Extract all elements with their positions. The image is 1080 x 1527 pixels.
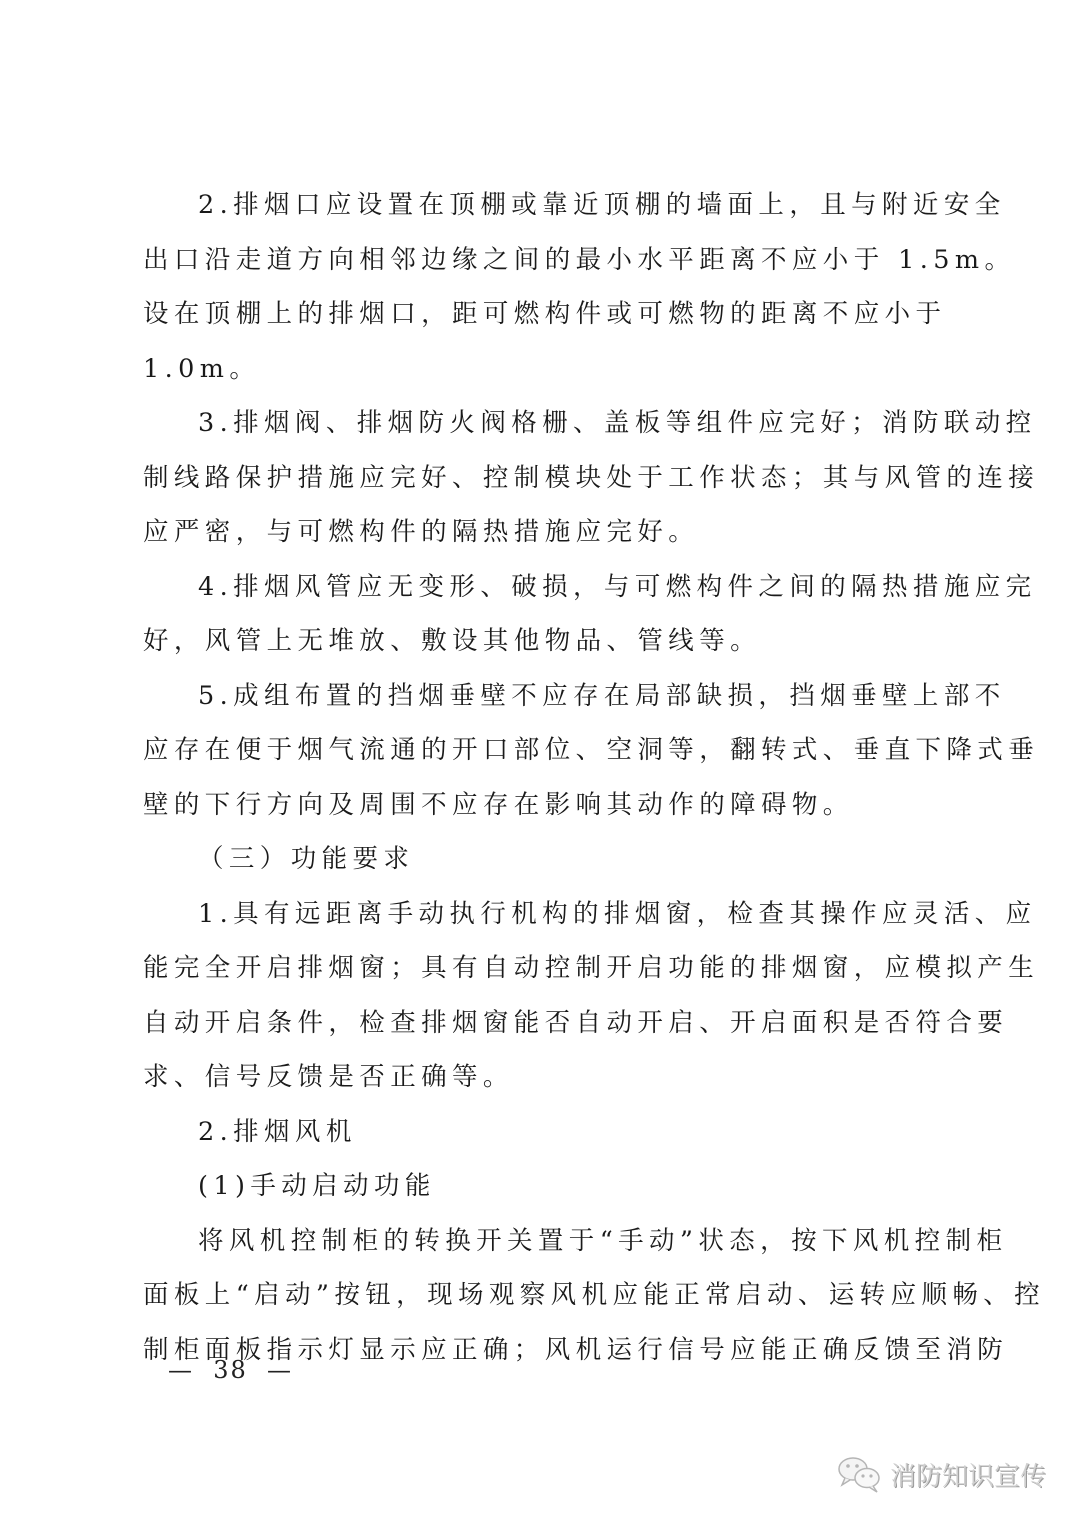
page-number: — 38 — <box>168 1356 293 1384</box>
document-body: 2.排烟口应设置在顶棚或靠近顶棚的墙面上，且与附近安全 出口沿走道方向相邻边缘之… <box>143 178 938 1377</box>
paragraph-line: 3.排烟阀、排烟防火阀格栅、盖板等组件应完好；消防联动控 <box>143 396 938 451</box>
paragraph-line: 壁的下行方向及周围不应存在影响其动作的障碍物。 <box>143 778 938 833</box>
watermark: 消防知识宣传 <box>836 1454 1046 1494</box>
paragraph-line: 能完全开启排烟窗；具有自动控制开启功能的排烟窗，应模拟产生 <box>143 941 938 996</box>
paragraph-line: 制线路保护措施应完好、控制模块处于工作状态；其与风管的连接 <box>143 451 938 506</box>
wechat-icon <box>836 1454 884 1494</box>
paragraph-line: 自动开启条件，检查排烟窗能否自动开启、开启面积是否符合要 <box>143 996 938 1051</box>
paragraph-line: 设在顶棚上的排烟口，距可燃构件或可燃物的距离不应小于 <box>143 287 938 342</box>
section-heading: （三）功能要求 <box>143 832 938 887</box>
paragraph-line: 求、信号反馈是否正确等。 <box>143 1050 938 1105</box>
paragraph-line: 1.具有远距离手动执行机构的排烟窗，检查其操作应灵活、应 <box>143 887 938 942</box>
paragraph-line: 应存在便于烟气流通的开口部位、空洞等，翻转式、垂直下降式垂 <box>143 723 938 778</box>
paragraph-line: 将风机控制柜的转换开关置于“手动”状态，按下风机控制柜 <box>143 1214 938 1269</box>
paragraph-line: 应严密，与可燃构件的隔热措施应完好。 <box>143 505 938 560</box>
document-page: 2.排烟口应设置在顶棚或靠近顶棚的墙面上，且与附近安全 出口沿走道方向相邻边缘之… <box>0 0 1080 1527</box>
paragraph-line: 4.排烟风管应无变形、破损，与可燃构件之间的隔热措施应完 <box>143 560 938 615</box>
paragraph-line: 出口沿走道方向相邻边缘之间的最小水平距离不应小于 1.5m。 <box>143 233 938 288</box>
subsection-heading: 2.排烟风机 <box>143 1105 938 1160</box>
subsection-heading: (1)手动启动功能 <box>143 1159 938 1214</box>
paragraph-line: 好，风管上无堆放、敷设其他物品、管线等。 <box>143 614 938 669</box>
paragraph-line: 2.排烟口应设置在顶棚或靠近顶棚的墙面上，且与附近安全 <box>143 178 938 233</box>
paragraph-line: 1.0m。 <box>143 342 938 397</box>
paragraph-line: 5.成组布置的挡烟垂壁不应存在局部缺损，挡烟垂壁上部不 <box>143 669 938 724</box>
paragraph-line: 面板上“启动”按钮，现场观察风机应能正常启动、运转应顺畅、控 <box>143 1268 938 1323</box>
watermark-text: 消防知识宣传 <box>890 1456 1046 1493</box>
